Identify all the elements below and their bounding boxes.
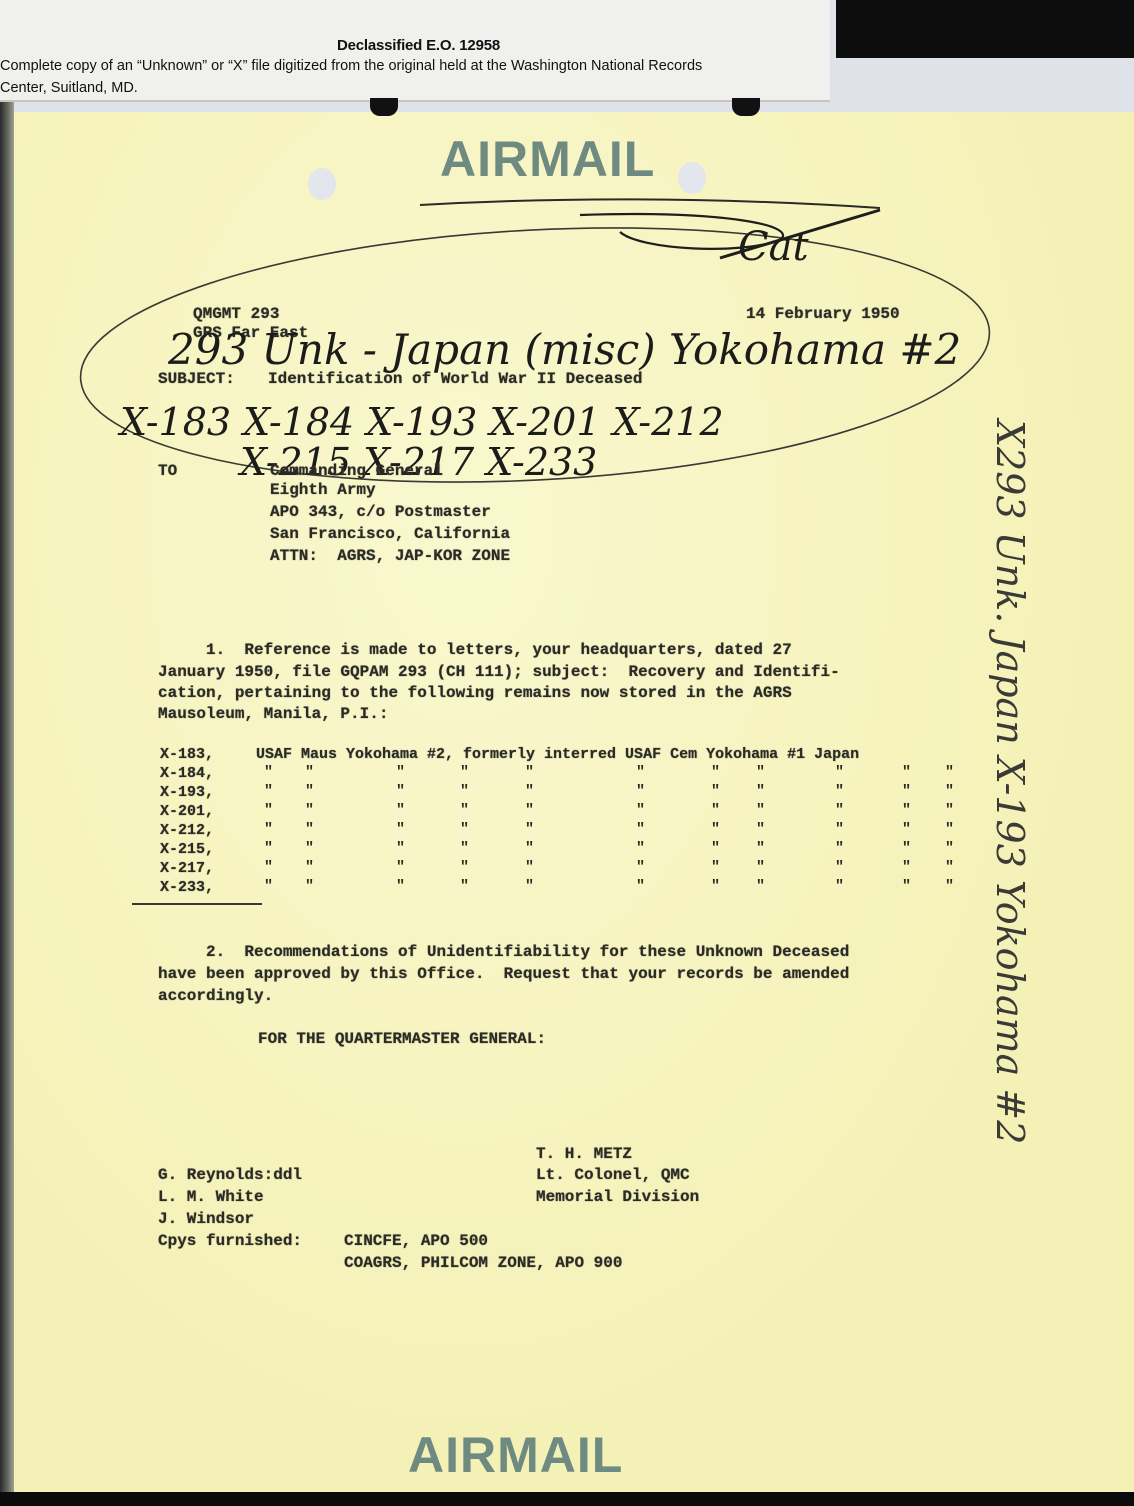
ditto-mark: " <box>525 821 534 838</box>
ditto-mark: " <box>756 821 765 838</box>
para2-line-2: have been approved by this Office. Reque… <box>158 965 849 984</box>
to-label: TO <box>158 462 177 481</box>
signer-name: T. H. METZ <box>536 1145 632 1164</box>
ditto-mark: " <box>945 878 954 895</box>
ditto-mark: " <box>902 859 911 876</box>
para1-line-2: January 1950, file GQPAM 293 (CH 111); s… <box>158 663 840 682</box>
punch-hole-right <box>678 162 706 194</box>
ditto-mark: " <box>756 840 765 857</box>
ditto-mark: " <box>902 821 911 838</box>
signer-division: Memorial Division <box>536 1188 699 1207</box>
ditto-mark: " <box>525 878 534 895</box>
ditto-mark: " <box>264 859 273 876</box>
airmail-stamp-bottom: AIRMAIL <box>408 1426 623 1484</box>
copies-label: Cpys furnished: <box>158 1232 302 1251</box>
routing-initials-3: J. Windsor <box>158 1210 254 1229</box>
ditto-mark: " <box>525 764 534 781</box>
ditto-mark: " <box>902 878 911 895</box>
file-reference: QMGMT 293 <box>193 305 279 324</box>
ditto-mark: " <box>835 764 844 781</box>
ditto-mark: " <box>636 859 645 876</box>
ditto-mark: " <box>902 764 911 781</box>
ditto-mark: " <box>264 802 273 819</box>
scan-border-bottom <box>0 1492 1134 1506</box>
margin-handwritten-note: X293 Unk. Japan X-193 Yokohama #2 <box>988 420 1032 1144</box>
addressee-line-5: ATTN: AGRS, JAP-KOR ZONE <box>270 547 510 566</box>
handwritten-initials: Cat <box>738 224 809 270</box>
ditto-mark: " <box>396 802 405 819</box>
ditto-mark: " <box>945 783 954 800</box>
ditto-mark: " <box>305 764 314 781</box>
ditto-mark: " <box>945 859 954 876</box>
ditto-mark: " <box>460 802 469 819</box>
ditto-mark: " <box>756 878 765 895</box>
ditto-mark: " <box>264 878 273 895</box>
ditto-mark: " <box>264 764 273 781</box>
ditto-mark: " <box>711 821 720 838</box>
ditto-mark: " <box>756 859 765 876</box>
ditto-mark: " <box>396 764 405 781</box>
ditto-mark: " <box>945 840 954 857</box>
handwritten-x-numbers-1: X-183 X-184 X-193 X-201 X-212 <box>120 400 724 444</box>
ditto-mark: " <box>525 859 534 876</box>
routing-initials-1: G. Reynolds:ddl <box>158 1166 302 1185</box>
closing-line: FOR THE QUARTERMASTER GENERAL: <box>258 1030 546 1049</box>
punch-hole-left <box>308 168 336 200</box>
ditto-mark: " <box>636 783 645 800</box>
ditto-mark: " <box>711 783 720 800</box>
copy-recipient-1: CINCFE, APO 500 <box>344 1232 488 1251</box>
scan-edge-shadow <box>0 100 14 1506</box>
ditto-mark: " <box>305 821 314 838</box>
ditto-mark: " <box>902 783 911 800</box>
location-text: USAF Maus Yokohama #2, formerly interred… <box>256 746 859 763</box>
ditto-mark: " <box>305 802 314 819</box>
ditto-mark: " <box>396 821 405 838</box>
ditto-mark: " <box>636 764 645 781</box>
ditto-mark: " <box>756 783 765 800</box>
ditto-mark: " <box>711 878 720 895</box>
declassified-title: Declassified E.O. 12958 <box>337 37 500 54</box>
copy-recipient-2: COAGRS, PHILCOM ZONE, APO 900 <box>344 1254 622 1273</box>
ditto-mark: " <box>460 859 469 876</box>
ditto-mark: " <box>711 859 720 876</box>
ditto-mark: " <box>711 802 720 819</box>
ditto-mark: " <box>835 859 844 876</box>
ditto-mark: " <box>835 840 844 857</box>
handwritten-file-note: 293 Unk - Japan (misc) Yokohama #2 <box>168 325 961 374</box>
ditto-mark: " <box>945 802 954 819</box>
para2-line-1: 2. Recommendations of Unidentifiability … <box>158 943 849 962</box>
signer-rank: Lt. Colonel, QMC <box>536 1166 690 1185</box>
ditto-mark: " <box>711 764 720 781</box>
ditto-mark: " <box>305 783 314 800</box>
ditto-mark: " <box>460 821 469 838</box>
binder-clip-left <box>370 98 398 116</box>
ditto-mark: " <box>636 878 645 895</box>
ditto-mark: " <box>835 878 844 895</box>
addressee-line-4: San Francisco, California <box>270 525 510 544</box>
ditto-mark: " <box>264 783 273 800</box>
binder-clip-right <box>732 98 760 116</box>
routing-initials-2: L. M. White <box>158 1188 264 1207</box>
ditto-mark: " <box>902 802 911 819</box>
addressee-line-3: APO 343, c/o Postmaster <box>270 503 491 522</box>
ditto-mark: " <box>396 859 405 876</box>
ditto-mark: " <box>305 878 314 895</box>
ditto-mark: " <box>711 840 720 857</box>
ditto-mark: " <box>835 802 844 819</box>
ditto-mark: " <box>835 783 844 800</box>
ditto-mark: " <box>945 764 954 781</box>
airmail-stamp-top: AIRMAIL <box>440 130 655 188</box>
ditto-mark: " <box>525 802 534 819</box>
addressee-line-1: Commanding General <box>270 462 443 481</box>
ditto-mark: " <box>835 821 844 838</box>
addressee-line-2: Eighth Army <box>270 481 376 500</box>
ditto-mark: " <box>525 783 534 800</box>
ditto-mark: " <box>945 821 954 838</box>
ditto-mark: " <box>460 840 469 857</box>
ditto-mark: " <box>636 802 645 819</box>
ditto-mark: " <box>460 878 469 895</box>
para2-line-3: accordingly. <box>158 987 273 1006</box>
ditto-mark: " <box>636 821 645 838</box>
para1-line-1: 1. Reference is made to letters, your he… <box>158 641 792 660</box>
ditto-mark: " <box>756 764 765 781</box>
remains-row: X-183,USAF Maus Yokohama #2, formerly in… <box>160 745 859 764</box>
ditto-mark: " <box>636 840 645 857</box>
ditto-mark: " <box>460 764 469 781</box>
archive-label: Declassified E.O. 12958 Complete copy of… <box>0 0 830 102</box>
ditto-mark: " <box>305 840 314 857</box>
ditto-mark: " <box>396 878 405 895</box>
ditto-mark: " <box>460 783 469 800</box>
letter-date: 14 February 1950 <box>746 305 900 324</box>
ditto-mark: " <box>902 840 911 857</box>
archive-note-line-1: Complete copy of an “Unknown” or “X” fil… <box>0 58 702 74</box>
ditto-mark: " <box>396 840 405 857</box>
ditto-mark: " <box>264 840 273 857</box>
ditto-mark: " <box>396 783 405 800</box>
archive-note-line-2: Center, Suitland, MD. <box>0 80 138 96</box>
para1-line-4: Mausoleum, Manila, P.I.: <box>158 705 388 724</box>
ditto-mark: " <box>525 840 534 857</box>
ditto-mark: " <box>756 802 765 819</box>
ditto-mark: " <box>264 821 273 838</box>
para1-line-3: cation, pertaining to the following rema… <box>158 684 792 703</box>
scan-border <box>836 0 1134 58</box>
ditto-mark: " <box>305 859 314 876</box>
